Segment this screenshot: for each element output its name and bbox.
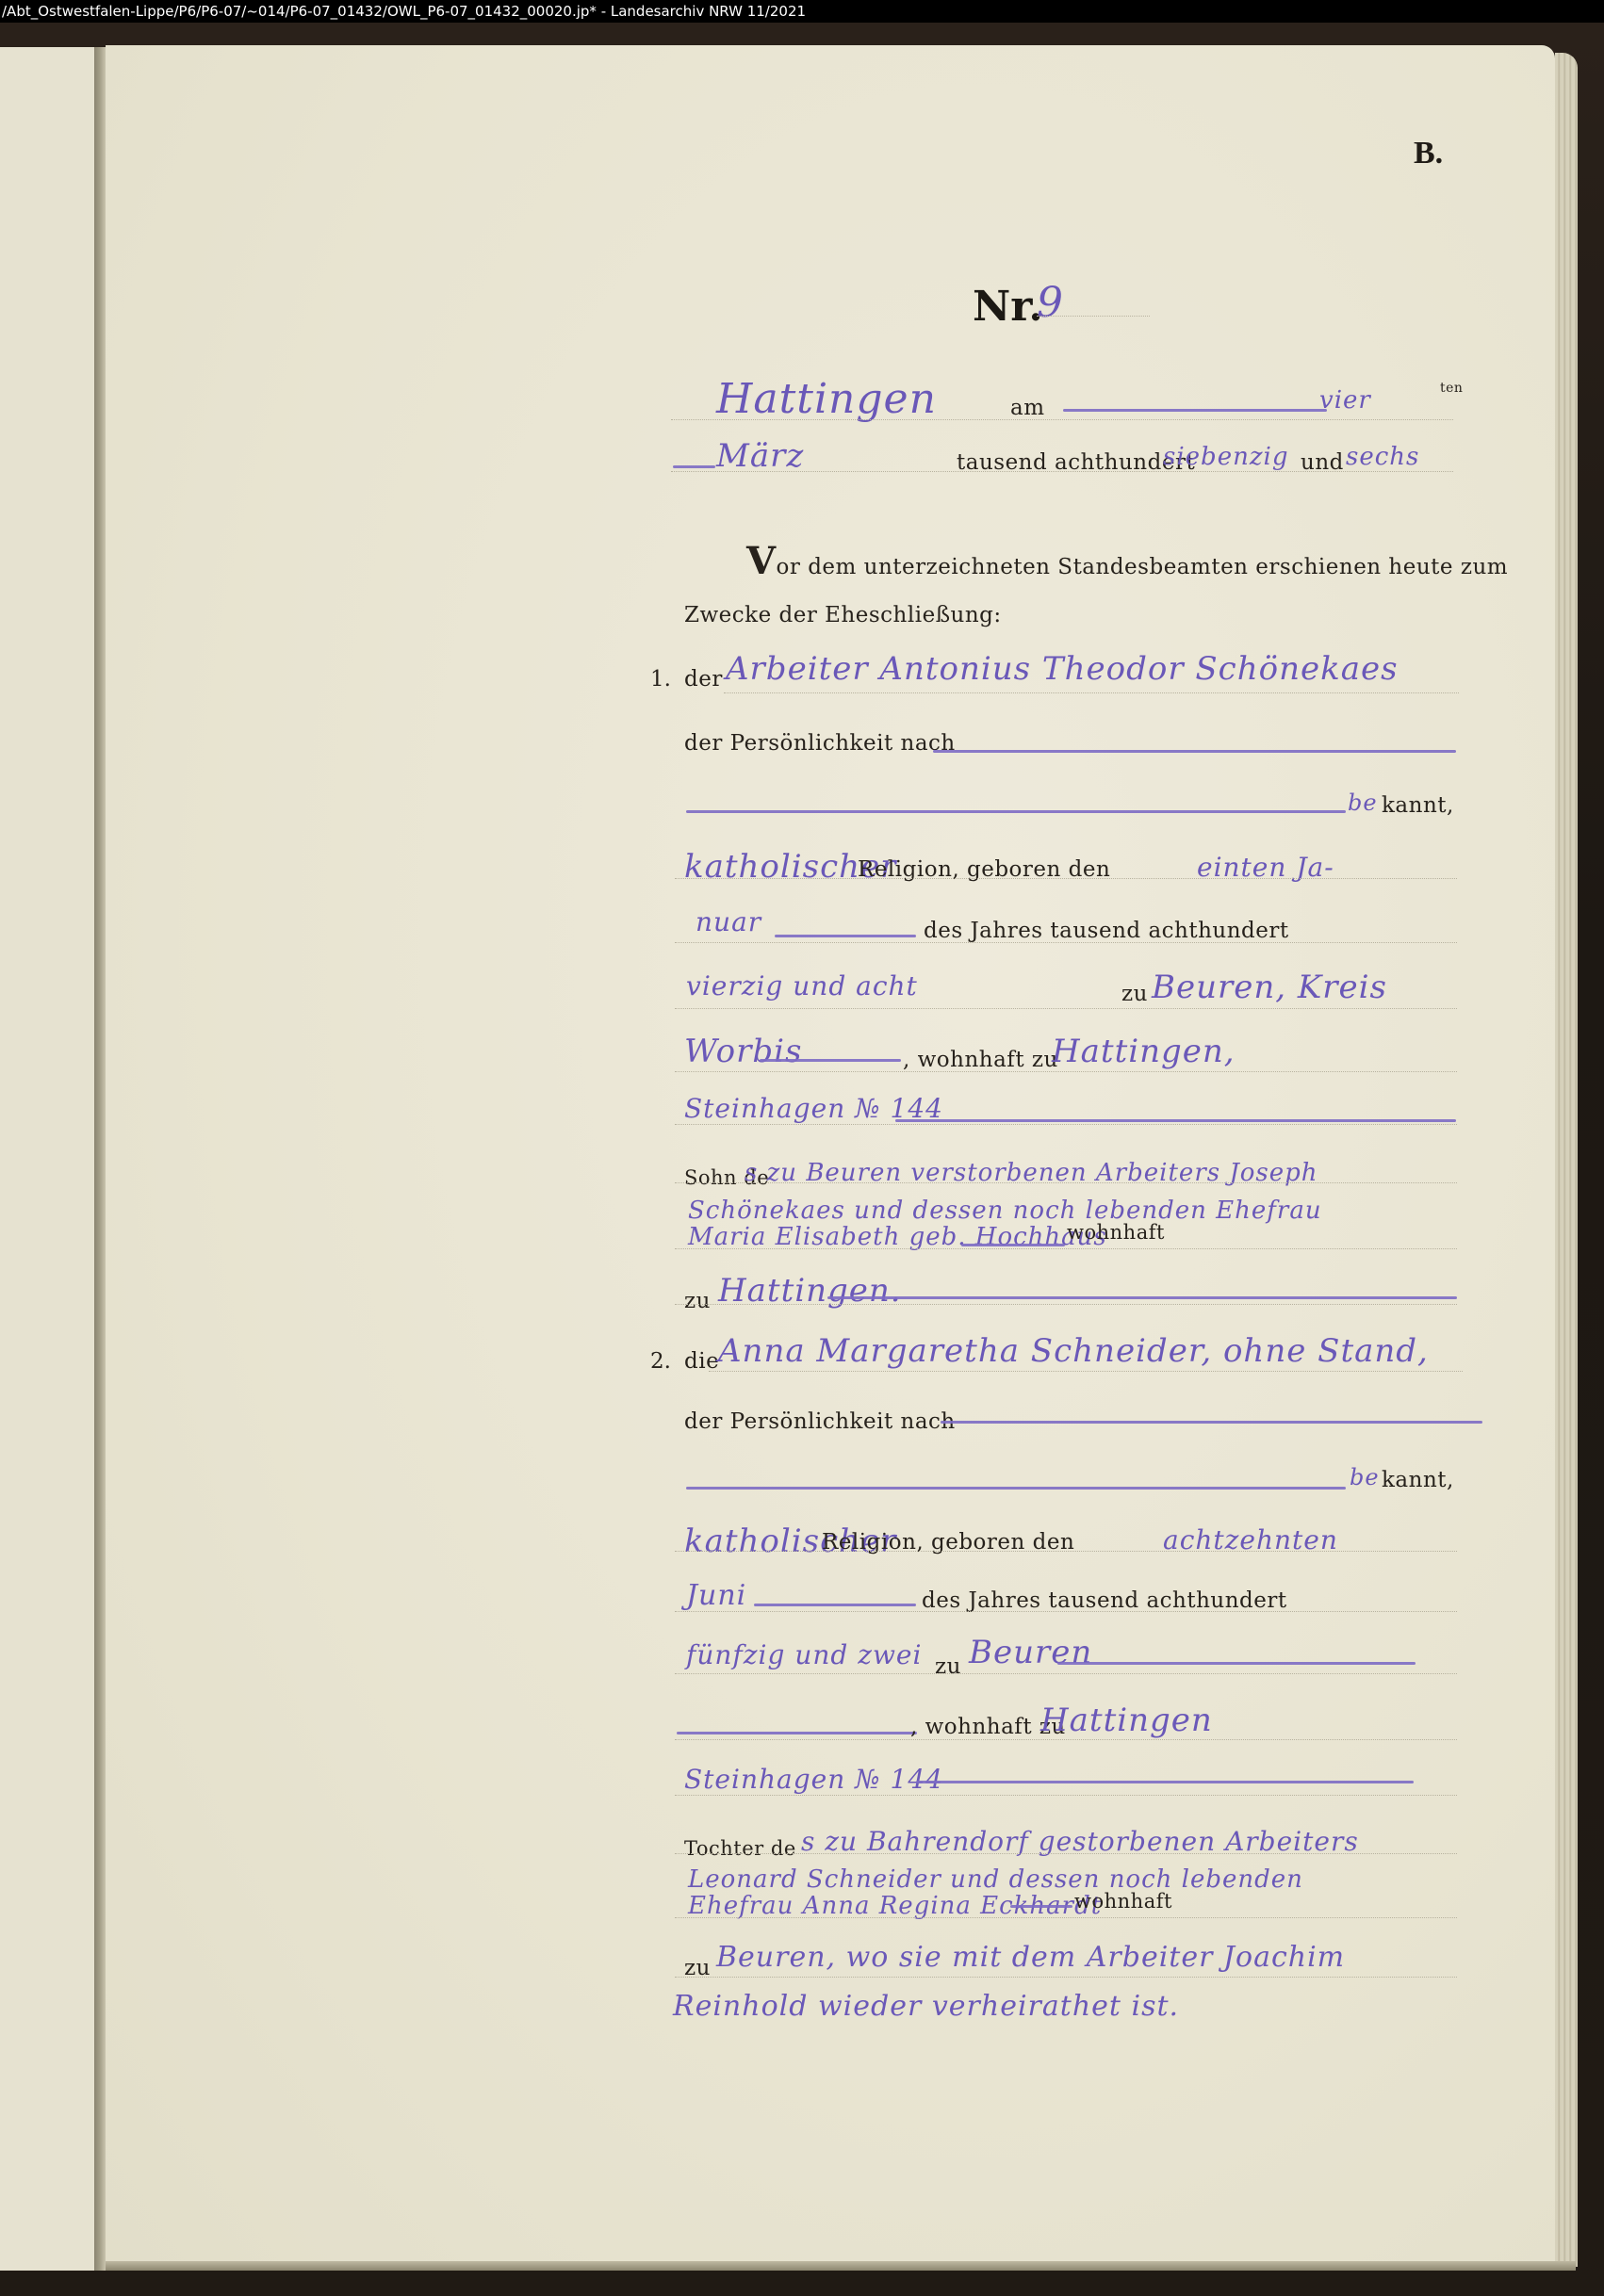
groom-residence-label: , wohnhaft zu bbox=[903, 1048, 1058, 1072]
year-tens: siebenzig bbox=[1163, 443, 1288, 471]
groom-known-label: kannt, bbox=[1382, 793, 1454, 818]
bride-identity-label: der Persönlichkeit nach bbox=[684, 1409, 956, 1434]
bride-district-line bbox=[677, 1732, 917, 1734]
bride-name: Anna Margaretha Schneider, ohne Stand, bbox=[718, 1332, 1429, 1370]
bride-year-label: des Jahres tausend achthundert bbox=[922, 1588, 1287, 1613]
date-day-suffix: ten bbox=[1440, 381, 1463, 396]
bride-district-rule bbox=[675, 1739, 1457, 1740]
bride-parents-line-2: Leonard Schneider und dessen noch lebend… bbox=[688, 1865, 1303, 1894]
bride-address-line bbox=[916, 1781, 1414, 1783]
groom-address-line bbox=[895, 1119, 1456, 1122]
bride-zu-label: zu bbox=[935, 1654, 961, 1679]
image-caption: /Abt_Ostwestfalen-Lippe/P6/P6-07/~014/P6… bbox=[0, 0, 1604, 23]
date-fill-line bbox=[1063, 409, 1327, 412]
groom-birth-month: nuar bbox=[696, 906, 761, 937]
groom-residence: Hattingen, bbox=[1052, 1033, 1236, 1070]
intro-line-1: Vor dem unterzeichneten Standesbeamten e… bbox=[746, 539, 1508, 583]
groom-parents-residence-rule bbox=[675, 1304, 1457, 1305]
record-number-label: Nr. bbox=[973, 283, 1043, 331]
groom-address-rule bbox=[675, 1124, 1457, 1125]
intro-line-2: Zwecke der Eheschließung: bbox=[684, 603, 1002, 627]
groom-known-prefix: be bbox=[1348, 790, 1378, 816]
record-number-rule bbox=[1037, 316, 1150, 317]
groom-month-rule bbox=[675, 942, 1457, 943]
bride-known-label: kannt, bbox=[1382, 1468, 1454, 1492]
groom-article: der bbox=[684, 667, 723, 692]
year-units: sechs bbox=[1346, 443, 1419, 471]
bride-month-line bbox=[754, 1604, 916, 1606]
bride-parents-residence: Beuren, wo sie mit dem Arbeiter Joachim bbox=[716, 1941, 1345, 1974]
bride-number: 2. bbox=[650, 1349, 671, 1374]
groom-known-line bbox=[686, 810, 1346, 813]
bride-name-rule bbox=[709, 1371, 1463, 1372]
groom-district-line bbox=[760, 1059, 901, 1062]
book-gutter bbox=[94, 47, 106, 2271]
groom-parents-line-3: Maria Elisabeth geb. Hochhaus bbox=[688, 1223, 1107, 1251]
intro-dropcap: V bbox=[746, 539, 777, 583]
bride-parents-line bbox=[1010, 1905, 1072, 1908]
groom-parents-rule-2 bbox=[675, 1248, 1457, 1249]
bride-birthyear-rule bbox=[675, 1673, 1457, 1674]
groom-parents-residence-line bbox=[827, 1296, 1457, 1299]
groom-parents-line-2: Schönekaes und dessen noch lebenden Ehef… bbox=[688, 1197, 1322, 1225]
bride-address-rule bbox=[675, 1795, 1457, 1796]
groom-religion-rule bbox=[675, 878, 1457, 879]
bride-parents-rule-2 bbox=[675, 1917, 1457, 1918]
groom-district-rule bbox=[675, 1071, 1457, 1072]
bride-religion-rule bbox=[675, 1551, 1457, 1552]
groom-birth-place-2: Worbis bbox=[684, 1033, 802, 1070]
bride-month-rule bbox=[675, 1611, 1457, 1612]
bride-birth-place: Beuren bbox=[969, 1634, 1092, 1671]
bride-identity-line bbox=[941, 1421, 1482, 1424]
groom-birth-place: Beuren, Kreis bbox=[1152, 969, 1387, 1006]
groom-name: Arbeiter Antonius Theodor Schönekaes bbox=[726, 650, 1399, 688]
month-rule bbox=[671, 471, 1453, 472]
groom-month-line bbox=[775, 935, 916, 937]
bride-parents-residence-2: Reinhold wieder verheirathet ist. bbox=[673, 1990, 1179, 2023]
groom-parents-rule-1 bbox=[675, 1182, 1457, 1183]
groom-identity-line bbox=[933, 750, 1456, 753]
date-day: vier bbox=[1319, 386, 1371, 415]
groom-birth-year: vierzig und acht bbox=[686, 970, 918, 1001]
place-rule bbox=[671, 419, 1453, 420]
groom-name-rule bbox=[724, 692, 1459, 693]
bride-parents-residence-rule bbox=[675, 1977, 1457, 1978]
registry-place: Hattingen bbox=[716, 375, 937, 423]
bride-known-prefix: be bbox=[1350, 1464, 1380, 1490]
am-label: am bbox=[1010, 396, 1045, 420]
groom-parents-zu-label: zu bbox=[684, 1289, 711, 1313]
left-page-edge bbox=[0, 47, 94, 2271]
groom-birthyear-rule bbox=[675, 1008, 1457, 1009]
page-stack-edge bbox=[1555, 53, 1578, 2267]
bride-birth-month: Juni bbox=[686, 1579, 746, 1612]
groom-parents-line bbox=[961, 1244, 1065, 1246]
intro-line-1-text: or dem unterzeichneten Standesbeamten er… bbox=[777, 555, 1509, 579]
bride-known-line bbox=[686, 1487, 1346, 1490]
groom-parents-residence-label: wohnhaft bbox=[1067, 1221, 1165, 1244]
bride-parent-label: Tochter de bbox=[684, 1837, 796, 1860]
record-number: 9 bbox=[1037, 279, 1064, 327]
bride-residence: Hattingen bbox=[1040, 1702, 1213, 1739]
bride-parents-rule-1 bbox=[675, 1853, 1457, 1854]
page-letter: B. bbox=[1414, 136, 1443, 171]
groom-year-label: des Jahres tausend achthundert bbox=[924, 919, 1289, 943]
page-bottom-edge bbox=[106, 2261, 1576, 2271]
bride-birthplace-line bbox=[1057, 1662, 1416, 1665]
bride-address: Steinhagen № 144 bbox=[684, 1764, 943, 1795]
groom-zu-label: zu bbox=[1121, 982, 1148, 1006]
bride-birth-year: fünfzig und zwei bbox=[686, 1639, 922, 1670]
groom-number: 1. bbox=[650, 667, 671, 692]
month-lead-line bbox=[673, 465, 715, 468]
groom-identity-label: der Persönlichkeit nach bbox=[684, 731, 956, 756]
date-month: März bbox=[716, 437, 804, 475]
bride-parents-residence-label: wohnhaft bbox=[1074, 1890, 1172, 1913]
